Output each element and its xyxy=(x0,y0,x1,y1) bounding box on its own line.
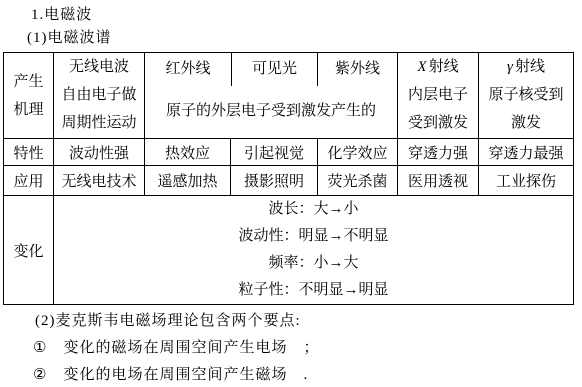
gamma-suffix: 射线 xyxy=(515,59,545,75)
subsection-title: (1)电磁波谱 xyxy=(27,30,582,47)
mechanism-radio-line2: 周期性运动 xyxy=(54,109,144,137)
mechanism-xray-line2: 受到激发 xyxy=(398,109,478,137)
cell-application-xray: 医用透视 xyxy=(398,166,479,196)
optical-headers-strip: 红外线 可见光 紫外线 xyxy=(145,53,397,86)
section-title: 1.电磁波 xyxy=(31,0,582,24)
mechanism-radio-line1: 自由电子做 xyxy=(54,81,144,109)
maxwell-point-1: ①变化的磁场在周围空间产生电场 ； xyxy=(33,340,582,357)
row-mechanism: 产生 机理 无线电波 自由电子做 周期性运动 红外线 可见光 紫外线 原子的外层… xyxy=(4,53,574,139)
cell-change-trends: 波长：大→小 波动性：明显→不明显 频率：小→大 粒子性：不明显→明显 xyxy=(54,196,574,305)
cell-property-gamma: 穿透力最强 xyxy=(479,139,574,166)
row-label-mechanism-line1: 产生 xyxy=(4,68,53,96)
row-change: 变化 波长：大→小 波动性：明显→不明显 频率：小→大 粒子性：不明显→明显 xyxy=(4,196,574,305)
row-label-mechanism-line2: 机理 xyxy=(4,96,53,124)
col-header-gamma: γ射线 xyxy=(479,53,573,81)
document-page: 1.电磁波 (1)电磁波谱 产生 机理 无线电波 自由电子做 周期性运动 红外线 xyxy=(0,0,582,387)
xray-symbol: X xyxy=(417,59,426,75)
maxwell-point-2: ②变化的电场在周围空间产生磁场 . xyxy=(33,367,582,384)
change-wave-behavior: 波动性：明显→不明显 xyxy=(54,223,573,250)
row-label-mechanism: 产生 机理 xyxy=(4,53,54,139)
cell-property-visible: 引起视觉 xyxy=(231,139,318,166)
change-frequency: 频率：小→大 xyxy=(54,250,573,277)
cell-application-visible: 摄影照明 xyxy=(231,166,318,196)
circled-number-1: ① xyxy=(33,340,46,356)
cell-property-radio: 波动性强 xyxy=(54,139,145,166)
cell-application-ultraviolet: 荧光杀菌 xyxy=(318,166,398,196)
mechanism-gamma-line1: 原子核受到 xyxy=(479,81,573,109)
row-label-change: 变化 xyxy=(4,196,54,305)
mechanism-gamma-line2: 激发 xyxy=(479,109,573,137)
gamma-symbol: γ xyxy=(507,59,513,75)
maxwell-point-1-text: 变化的磁场在周围空间产生电场 ； xyxy=(63,340,319,356)
em-spectrum-table: 产生 机理 无线电波 自由电子做 周期性运动 红外线 可见光 紫外线 原子的外层… xyxy=(3,52,574,305)
col-header-infrared: 红外线 xyxy=(145,53,231,86)
mechanism-xray-line1: 内层电子 xyxy=(398,81,478,109)
change-particle-behavior: 粒子性：不明显→明显 xyxy=(54,277,573,304)
col-header-visible: 可见光 xyxy=(231,53,318,86)
cell-property-xray: 穿透力强 xyxy=(398,139,479,166)
cell-mechanism-radio: 无线电波 自由电子做 周期性运动 xyxy=(54,53,145,139)
xray-suffix: 射线 xyxy=(429,59,459,75)
row-application: 应用 无线电技术 遥感加热 摄影照明 荧光杀菌 医用透视 工业探伤 xyxy=(4,166,574,196)
cell-mechanism-outer-electrons: 红外线 可见光 紫外线 原子的外层电子受到激发产生的 xyxy=(145,53,398,139)
cell-application-gamma: 工业探伤 xyxy=(479,166,574,196)
cell-property-ultraviolet: 化学效应 xyxy=(318,139,398,166)
mechanism-outer-text: 原子的外层电子受到激发产生的 xyxy=(145,97,397,125)
col-header-ultraviolet: 紫外线 xyxy=(318,53,397,86)
row-label-property: 特性 xyxy=(4,139,54,166)
row-property: 特性 波动性强 热效应 引起视觉 化学效应 穿透力强 穿透力最强 xyxy=(4,139,574,166)
cell-property-infrared: 热效应 xyxy=(145,139,231,166)
row-label-application: 应用 xyxy=(4,166,54,196)
col-header-radio: 无线电波 xyxy=(54,53,144,81)
cell-mechanism-xray: X射线 内层电子 受到激发 xyxy=(398,53,479,139)
maxwell-point-2-text: 变化的电场在周围空间产生磁场 . xyxy=(63,367,308,383)
change-wavelength: 波长：大→小 xyxy=(54,196,573,223)
circled-number-2: ② xyxy=(33,367,46,383)
cell-application-infrared: 遥感加热 xyxy=(145,166,231,196)
cell-mechanism-gamma: γ射线 原子核受到 激发 xyxy=(479,53,574,139)
cell-application-radio: 无线电技术 xyxy=(54,166,145,196)
maxwell-theory-heading: (2)麦克斯韦电磁场理论包含两个要点: xyxy=(35,313,582,330)
col-header-xray: X射线 xyxy=(398,53,478,81)
